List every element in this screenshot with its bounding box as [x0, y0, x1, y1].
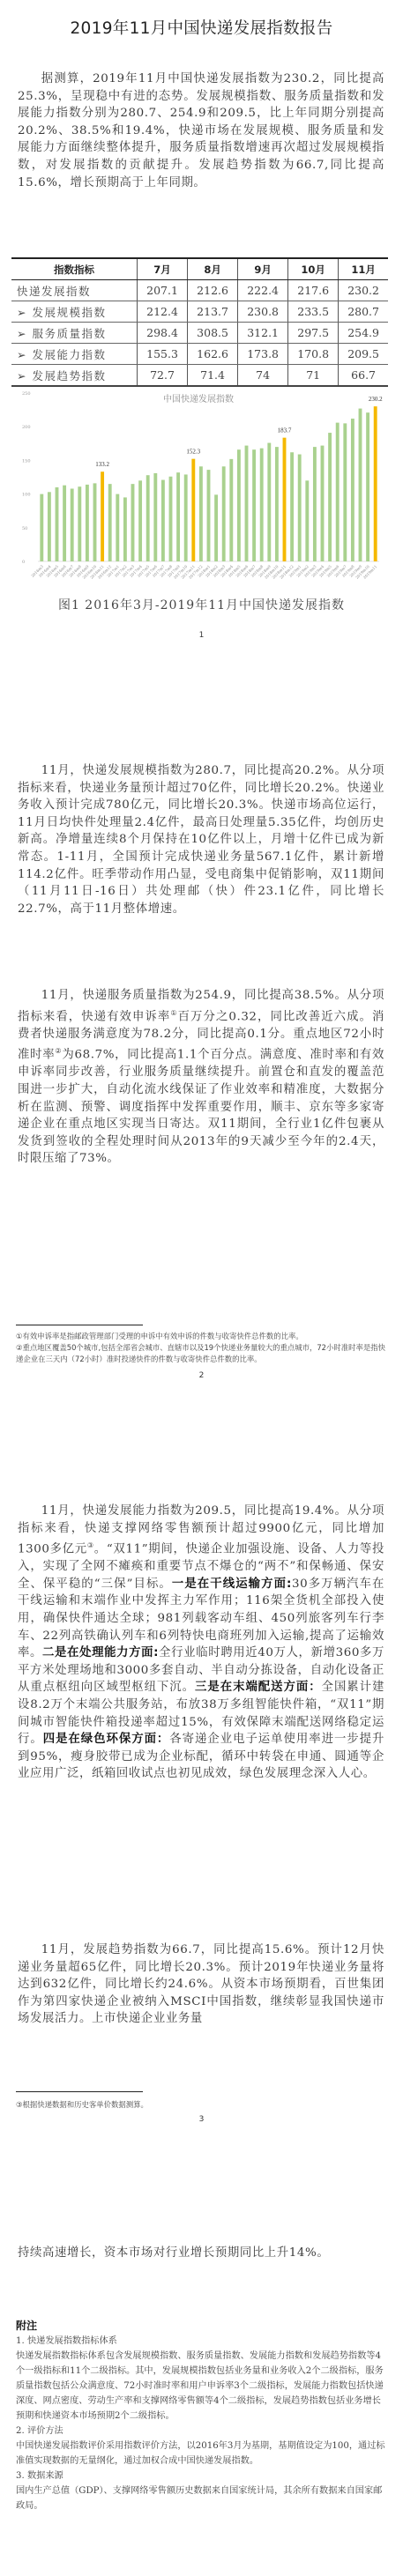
- page-number: 2: [0, 1371, 403, 1380]
- footnote-3: ③根据快递数据和历史客单价数据测算。: [16, 2099, 386, 2111]
- table-header-row: 指数指标 7月 8月 9月 10月 11月: [11, 258, 388, 280]
- table-cell: 217.6: [288, 280, 339, 301]
- index-table: 指数指标 7月 8月 9月 10月 11月 快递发展指数207.1212.622…: [11, 257, 388, 387]
- point-4-heading: 四是在绿色环保方面：: [43, 1733, 170, 1746]
- intro-text: 据测算，2019年11月中国快递发展指数为230.2，同比提高25.3%，呈现稳…: [18, 71, 384, 191]
- table-cell: 209.5: [339, 344, 388, 365]
- table-cell: 71.4: [188, 365, 238, 387]
- note-2-title: 2. 评价方法: [16, 2424, 386, 2439]
- table-row: 快递发展指数207.1212.6222.4217.6230.2: [11, 280, 388, 301]
- footnote-2: ②重点地区覆盖50个城市,包括全部省会城市、直辖市以及19个快递业务量较大的重点…: [16, 1342, 386, 1365]
- note-1-text: 快递发展指数指标体系包含发展规模指数、服务质量指数、发展能力指数和发展趋势指数等…: [16, 2349, 386, 2424]
- chart-bar: [313, 447, 317, 561]
- table-cell: 207.1: [138, 280, 188, 301]
- scale-paragraph: 11月，快递发展规模指数为280.7，同比提高20.2%。从分项指标来看，快递业…: [18, 762, 384, 917]
- chart-bar: [123, 497, 127, 561]
- table-cell: 230.8: [238, 301, 288, 323]
- table-cell: 312.1: [238, 323, 288, 344]
- chart-bar: [328, 433, 332, 561]
- point-1-heading: 一是在干线运输方面:: [172, 1578, 292, 1591]
- bar-value-label: 183.7: [278, 427, 292, 434]
- footnote-ref-1[interactable]: ①: [170, 1009, 177, 1017]
- note-1-title: 1. 快递发展指数指标体系: [16, 2334, 386, 2349]
- chart-bar: [298, 455, 302, 561]
- chart-bar: [336, 423, 340, 561]
- row-label: ➢ 发展趋势指数: [11, 365, 138, 387]
- table-cell: 162.6: [188, 344, 238, 365]
- row-label: ➢ 发展规模指数: [11, 301, 138, 323]
- notes-heading: 附注: [16, 2319, 386, 2334]
- chart-bar: [351, 419, 354, 561]
- chart-bar: [101, 471, 104, 561]
- chart-bar: [78, 486, 81, 561]
- bar-value-label: 152.3: [186, 449, 200, 456]
- chart-bar: [283, 438, 287, 561]
- chart-bar: [199, 466, 203, 561]
- chart-bar: [138, 480, 142, 561]
- table-cell: 233.5: [288, 301, 339, 323]
- note-2-text: 中国快递发展指数评价采用指数评价方法，以2016年3月为基期，基期值设定为100…: [16, 2439, 386, 2468]
- chart-bar: [176, 472, 180, 561]
- table-cell: 66.7: [339, 365, 388, 387]
- scale-text: 11月，快递发展规模指数为280.7，同比提高20.2%。从分项指标来看，快递业…: [18, 762, 384, 917]
- chart-bar: [146, 475, 150, 561]
- footnote-1: ①有效申诉率是指邮政管理部门受理的申诉中有效申诉的件数与收寄快件总件数的比率。: [16, 1331, 386, 1342]
- trend-cont-text: 持续高速增长，资本市场对行业增长预期同比上升14%。: [18, 2245, 384, 2262]
- table-cell: 155.3: [138, 344, 188, 365]
- footnote-ref-3[interactable]: ③: [87, 1541, 94, 1549]
- chart-bar: [161, 480, 165, 561]
- table-cell: 72.7: [138, 365, 188, 387]
- chart-bar: [191, 459, 195, 561]
- table-header: 10月: [288, 258, 339, 280]
- chart-bar: [222, 466, 226, 561]
- chart-bar: [108, 484, 112, 561]
- point-3-heading: 三是在末端配送方面：: [195, 1681, 322, 1694]
- chart-bar: [252, 449, 256, 561]
- quality-paragraph: 11月，快递服务质量指数为254.9，同比提高38.5%。从分项指标来看，快递有…: [18, 987, 384, 1168]
- chart-bar: [153, 473, 157, 561]
- table-row: ➢ 服务质量指数298.4308.5312.1297.5254.9: [11, 323, 388, 344]
- y-tick-label: 0: [22, 560, 25, 565]
- table-header: 8月: [188, 258, 238, 280]
- point-2-heading: 二是在处理能力方面:: [42, 1646, 159, 1659]
- y-tick-label: 200: [22, 425, 31, 430]
- row-label: ➢ 发展能力指数: [11, 344, 138, 365]
- table-header: 11月: [339, 258, 388, 280]
- chart-bar: [290, 452, 294, 561]
- trend-continuation: 持续高速增长，资本市场对行业增长预期同比上升14%。: [18, 2245, 384, 2262]
- chart-bar: [169, 477, 173, 561]
- chart-bar: [260, 449, 264, 561]
- row-label: 快递发展指数: [11, 280, 138, 301]
- table-row: ➢ 发展趋势指数72.771.4747166.7: [11, 365, 388, 387]
- note-3-text: 国内生产总值（GDP）、支撑网络零售额历史数据来自国家统计局，其余所有数据来自国…: [16, 2483, 386, 2513]
- bar-value-label: 133.2: [95, 461, 109, 468]
- chart-bar: [71, 488, 74, 561]
- figure-caption: 图1 2016年3月-2019年11月中国快递发展指数: [0, 596, 403, 613]
- table-cell: 173.8: [238, 344, 288, 365]
- table-cell: 212.6: [188, 280, 238, 301]
- table-header: 指数指标: [11, 258, 138, 280]
- y-tick-label: 50: [22, 526, 27, 531]
- chart-title: 中国快递发展指数: [163, 393, 234, 405]
- footnote-divider: [16, 2091, 143, 2092]
- report-title: 2019年11月中国快递发展指数报告: [0, 16, 403, 39]
- trend-paragraph: 11月，发展趋势指数为66.7，同比提高15.6%。预计12月快递业务量超65亿…: [18, 1941, 384, 2028]
- note-3-title: 3. 数据来源: [16, 2468, 386, 2483]
- table-cell: 280.7: [339, 301, 388, 323]
- quality-text-c: 为68.7%，同比提高1.1个百分点。满意度、准时率和有效申诉率同步改善，行业服…: [18, 1049, 384, 1166]
- chart-bar: [245, 446, 249, 561]
- table-cell: 298.4: [138, 323, 188, 344]
- table-row: ➢ 发展能力指数155.3162.6173.8170.8209.5: [11, 344, 388, 365]
- table-cell: 212.4: [138, 301, 188, 323]
- table-header: 9月: [238, 258, 288, 280]
- footnote-divider: [16, 1325, 143, 1325]
- row-label: ➢ 服务质量指数: [11, 323, 138, 344]
- table-cell: 222.4: [238, 280, 288, 301]
- trend-text: 11月，发展趋势指数为66.7，同比提高15.6%。预计12月快递业务量超65亿…: [18, 1941, 384, 2028]
- express-index-bar-chart: 050100150200250中国快递发展指数2016m32016m42016m…: [22, 388, 384, 608]
- table-cell: 254.9: [339, 323, 388, 344]
- table-cell: 170.8: [288, 344, 339, 365]
- y-tick-label: 150: [22, 458, 31, 464]
- page-number: 1: [0, 631, 403, 640]
- chart-bar: [343, 423, 347, 561]
- chart-bar: [321, 446, 325, 561]
- table-header: 7月: [138, 258, 188, 280]
- chart-bar: [229, 459, 233, 561]
- chart-bar: [374, 406, 377, 561]
- table-cell: 297.5: [288, 323, 339, 344]
- appendix-notes: 附注 1. 快递发展指数指标体系 快递发展指数指标体系包含发展规模指数、服务质量…: [16, 2319, 386, 2513]
- chart-bar: [359, 409, 362, 561]
- chart-bar: [40, 494, 43, 561]
- chart-bar: [93, 483, 97, 561]
- chart-bar: [184, 474, 188, 561]
- chart-bar: [305, 480, 309, 561]
- chart-bar: [207, 470, 211, 561]
- table-cell: 308.5: [188, 323, 238, 344]
- chart-bar: [86, 485, 89, 561]
- intro-paragraph: 据测算，2019年11月中国快递发展指数为230.2，同比提高25.3%，呈现稳…: [18, 71, 384, 191]
- table-cell: 230.2: [339, 280, 388, 301]
- chart-bar: [214, 494, 218, 561]
- bar-value-label: 230.2: [369, 396, 383, 403]
- chart-bar: [275, 447, 279, 561]
- chart-bar: [116, 494, 119, 561]
- table-cell: 213.7: [188, 301, 238, 323]
- page-number: 3: [0, 2115, 403, 2124]
- chart-bar: [237, 449, 241, 561]
- capacity-paragraph: 11月，快递发展能力指数为209.5，同比提高19.4%。从分项指标来看，快递支…: [18, 1503, 384, 1783]
- chart-bar: [131, 484, 135, 561]
- chart-bar: [366, 412, 369, 561]
- table-cell: 74: [238, 365, 288, 387]
- chart-bar: [267, 443, 271, 561]
- y-tick-label: 100: [22, 493, 31, 498]
- table-row: ➢ 发展规模指数212.4213.7230.8233.5280.7: [11, 301, 388, 323]
- chart-bar: [48, 492, 51, 561]
- chart-bar: [63, 486, 66, 561]
- table-cell: 71: [288, 365, 339, 387]
- footnotes-page-2: ①有效申诉率是指邮政管理部门受理的申诉中有效申诉的件数与收寄快件总件数的比率。 …: [16, 1331, 386, 1366]
- y-tick-label: 250: [22, 391, 31, 397]
- chart-bar: [56, 487, 59, 561]
